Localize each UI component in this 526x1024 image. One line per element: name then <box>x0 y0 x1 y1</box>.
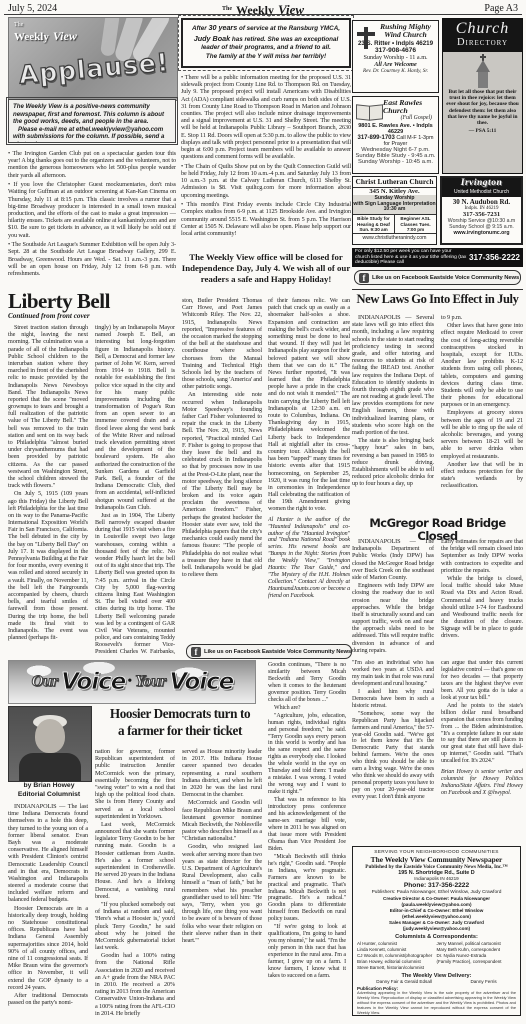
liberty-bell-headline: Liberty Bell <box>8 291 176 312</box>
logo-view: View <box>53 29 77 43</box>
paragraph: Steve Barnett, historian/columnist <box>357 965 437 971</box>
church-address: 30 N. Audubon Rd. <box>442 198 521 206</box>
paragraph: Sales Manager & Co-Owner: Judy Crawford … <box>357 920 516 932</box>
paragraph: "If we're going to look at qualification… <box>268 924 346 980</box>
paragraph: Which are? <box>268 705 346 712</box>
paragraph: Street traction station through the nigh… <box>8 324 88 489</box>
byline-name: by Brian Howey <box>24 782 75 789</box>
paragraph: Other laws that have gone into effect re… <box>441 322 523 408</box>
publication-policy: Publication Policy: Advertising appearin… <box>357 986 516 1015</box>
welcome-line: All Are Welcome <box>355 61 436 68</box>
paragraph: Goodin continues, "There is no similarit… <box>268 662 346 704</box>
church-address: 9801 E. Rawles Ave. • Indpls 46229 <box>355 123 436 135</box>
paragraph: And he points to the state's billion dol… <box>441 703 523 766</box>
hoosier-democrats-headline: Hoosier Democrats turn toa farmer for th… <box>94 706 266 746</box>
open-bible-icon <box>356 105 382 119</box>
church-subtitle: (Full Gospel) <box>383 115 436 121</box>
our-voice-word: Voice <box>61 669 125 695</box>
paragraph: "I'm also an individual who has worked t… <box>352 660 434 688</box>
applause-banner: TheWeekly View Applause! <box>8 17 178 101</box>
newspaper-page: July 5, 2024 The Weekly View Page A3 The… <box>0 0 526 1024</box>
asl-class-cell: Beginner ASL Classes Tues. 7:00 pm <box>394 215 436 233</box>
church-directory-title: Church Directory <box>443 19 522 52</box>
header-rule <box>4 14 522 15</box>
paragraph: • There will be a public information mee… <box>181 74 351 160</box>
paragraph: • The Southside Art League's Summer Exhi… <box>8 241 176 277</box>
paragraph: I asked him why rural Democrats have bee… <box>352 689 434 710</box>
logo-weekly: Weekly <box>14 31 49 43</box>
paragraph: "If you plucked somebody out of Indiana … <box>95 901 175 951</box>
paragraph: Another law that will be in effect reduc… <box>441 461 523 490</box>
ymca-years: 30 years <box>208 23 237 32</box>
publishers-line: Publishers: Paula Nicewanger, Ethel Wins… <box>357 890 516 895</box>
office-phone: Phone: 317-356-2222 <box>357 882 516 889</box>
paragraph: An interesting side note occurred when I… <box>182 391 262 578</box>
new-laws-col-2: to 9 p.m.Other laws that have gone into … <box>441 314 523 514</box>
logo-the: The <box>14 22 77 28</box>
paragraph: While the bridge is closed, local traffi… <box>441 575 523 640</box>
community-announcements: • There will be a public information mee… <box>181 74 351 248</box>
new-laws-headline: New Laws Go Into Effect in July <box>352 289 523 306</box>
paragraph: INDIANAPOLIS — The Indianapolis Departme… <box>352 538 434 581</box>
facebook-banner-label: Like us on Facebook Eastside Voice Commu… <box>204 649 352 655</box>
church-ad-rushing-mighty-wind: Rushing Mighty Wind Church 23 S. Ritter … <box>352 20 439 93</box>
liberty-col-2: tingly) by an Indianapolis Mayor named J… <box>95 324 175 654</box>
paragraph: of their famous relic. We can patch that… <box>268 297 350 513</box>
church-directory-panel: Church Directory But let all those that … <box>442 18 523 174</box>
our-voice-dot: • <box>127 674 132 690</box>
paragraph: • The Irvington Garden Club put on a spe… <box>8 150 176 179</box>
page-number: Page A3 <box>484 3 518 14</box>
paragraph: On July 5, 1915 (109 years ago this Frid… <box>8 490 88 641</box>
service-time: Worship Service @10:30 a.m <box>442 218 521 224</box>
church-website: www.irvingtonumc.org <box>442 230 521 236</box>
hoosier-col-5: "I'm also an individual who has worked t… <box>352 660 434 842</box>
facebook-icon: f <box>191 647 201 657</box>
staff-list: Creative Director & Co-Owner: Paula Nice… <box>357 896 516 932</box>
person-silhouette-icon <box>35 719 65 753</box>
paragraph: "Micah Beckwith still thinks he's right,… <box>268 854 346 924</box>
liberty-col-1: Street traction station through the nigh… <box>8 324 88 654</box>
delivery-right: Danny Ferris <box>470 979 496 984</box>
delivery-left: Danny Fair & Gerald Edsall <box>376 979 432 984</box>
paragraph: Creative Director & Co-Owner: Paula Nice… <box>357 896 516 908</box>
masthead-info-box: SERVING YOUR NEIGHBORHOOD COMMUNITIES Th… <box>352 846 521 1016</box>
paragraph: McCormick and Goodin will face Republica… <box>182 799 262 842</box>
our-voice-banner: Our Voice • Your Voice <box>8 660 256 704</box>
hoosier-col-1: INDIANAPOLIS — The last time Indiana Dem… <box>8 803 88 1018</box>
service-time: Sunday Worship - 10:45 a.m. <box>355 159 436 165</box>
paragraph: Goodin had a 100% rating from the Nation… <box>95 952 175 1017</box>
paragraph: Editor-in-Chief & Co-Owner: Ethel Winslo… <box>357 908 516 920</box>
worship-time: Sunday Worship - 11 a.m. <box>355 54 436 61</box>
hoosier-col-6: can argue that under this current legisl… <box>441 660 523 842</box>
hoosier-col-2: nation for governor, former Republican s… <box>95 748 175 1018</box>
columnists-heading: Columnists & Correspondents: <box>357 934 516 940</box>
facebook-banner: f Like us on Facebook Eastside Voice Com… <box>186 644 352 659</box>
office-closed-notice: The Weekly View office will be closed fo… <box>181 252 351 294</box>
class-schedule: Bible Study for Hearing & Deaf Sun. 9:30… <box>353 214 436 234</box>
continued-note: Continued from front cover <box>8 312 176 320</box>
paragraph: • If you love the Christopher Guest mock… <box>8 181 176 239</box>
liberty-col-3: ston, Butler President Thomas Carr Howe,… <box>182 297 262 642</box>
office-city: Indianapolis IN 46219 <box>357 876 516 881</box>
facebook-banner-label: Like us on Facebook Eastside Voice Commu… <box>372 275 521 281</box>
facebook-icon: f <box>359 273 369 283</box>
byline: by Brian Howey Editorial Columnist <box>8 782 90 800</box>
church-name: East Rawles Church <box>383 99 436 115</box>
church-ad-east-rawles: East Rawles Church (Full Gospel) 9801 E.… <box>352 96 439 174</box>
paragraph: INDIANAPOLIS — The last time Indiana Dem… <box>8 803 88 904</box>
paragraph: Goodin, who resigned last week after ser… <box>182 843 262 944</box>
paragraph: Employees at grocery stores between the … <box>441 409 523 459</box>
paragraph: (Family Practice), correspondent <box>437 959 517 965</box>
paragraph: can argue that under this current legisl… <box>441 660 523 702</box>
paragraph: The state is also bringing back "happy h… <box>352 437 434 487</box>
church-steeple-icon <box>475 54 491 88</box>
liberty-col-4: of their famous relic. We can patch that… <box>268 297 350 642</box>
church-phone: 317-899-1703 Call M-F 1-3pm for Prayer <box>355 135 436 147</box>
al-hunter-bio: Al Hunter is the author of the "Haunted … <box>268 517 350 600</box>
bible-verse: But let all those that put their trust i… <box>443 88 522 128</box>
mcgregor-col-2: Early estimates for repairs are that the… <box>441 538 523 654</box>
applause-title: Applause! <box>10 47 178 90</box>
paragraph: That was in reference to his introductor… <box>268 797 346 853</box>
paragraph: Engineers with Indy DPW are closing the … <box>352 582 434 654</box>
hoosier-col-6-text: can argue that under this current legisl… <box>441 660 523 765</box>
brian-howey-bio: Brian Howey is senior writer and columni… <box>441 769 523 797</box>
masthead-the: The <box>222 6 232 12</box>
paragraph: • This month's First Friday events inclu… <box>181 201 351 237</box>
ymca-text: After <box>192 25 208 32</box>
hoosier-col-4: Goodin continues, "There is no similarit… <box>268 662 346 1018</box>
columnist-photo <box>8 706 92 782</box>
church-ad-christ-lutheran: Christ Lutheran Church 345 N. Kitley Ave… <box>352 176 437 245</box>
person-silhouette-icon <box>19 753 81 781</box>
columnists-left: Al Hunter, columnistLinda Kennett, colum… <box>357 941 437 971</box>
policy-text: Advertising appearing in the Weekly View… <box>357 991 516 1015</box>
paragraph: "Agriculture, jobs, education, human rig… <box>268 713 346 796</box>
ymca-retirement-box: After 30 years of service at the Ransbur… <box>181 18 351 68</box>
church-website: www.christlutheranindy.com <box>353 234 436 241</box>
byline-role: Editorial Columnist <box>18 791 80 798</box>
new-laws-col-1: INDIANAPOLIS — Several state laws will g… <box>352 314 434 514</box>
directory-title-church: Church <box>443 21 522 37</box>
paragraph: Please e-mail me at ethel.weeklyview@yah… <box>13 126 171 143</box>
applause-items: • The Irvington Garden Club put on a spe… <box>8 150 176 288</box>
church-address: 345 N. Kitley Ave. <box>353 188 436 195</box>
paragraph: The Weekly View is a positive-news commu… <box>13 103 171 126</box>
ymca-name: Judy Boak <box>194 34 230 43</box>
ymca-text: of service at the Ransburg YMCA, <box>237 25 340 32</box>
paragraph: to 9 p.m. <box>441 314 523 321</box>
paragraph: nation for governor, former Republican s… <box>95 748 175 820</box>
our-voice-word: Voice <box>169 669 233 695</box>
paragraph: Early estimates for repairs are that the… <box>441 538 523 574</box>
paragraph: INDIANAPOLIS — Several state laws will g… <box>352 314 434 436</box>
paragraph: After traditional Democrats passed on th… <box>8 992 88 1006</box>
bible-study-cell: Bible Study for Hearing & Deaf Sun. 9:30… <box>353 215 394 233</box>
applause-intro-box: The Weekly View is a positive-news commu… <box>8 99 176 143</box>
price-banner-phone: 317-356-2222 <box>469 253 520 262</box>
paragraph: Al Hunter is the author of the "Haunted … <box>268 517 350 600</box>
mcgregor-col-1: INDIANAPOLIS — The Indianapolis Departme… <box>352 538 434 654</box>
church-subtitle: United Methodist Church <box>442 189 521 195</box>
church-listing-price-banner: For only $12.50 per week you can have yo… <box>352 248 523 267</box>
paragraph: Brian Howey is senior writer and columni… <box>441 769 523 797</box>
hoosier-col-3: served as House minority leader in 2017.… <box>182 748 262 1018</box>
bible-verse-reference: — PSA 5:11 <box>443 128 522 134</box>
church-name: Irvington <box>442 179 521 189</box>
paragraph: tingly) by an Indianapolis Mayor named J… <box>95 324 175 511</box>
directory-title-directory: Directory <box>443 37 522 49</box>
newspaper-title: The Weekly View Community Newspaper <box>357 855 516 864</box>
weekly-view-logo: TheWeekly View <box>14 22 77 44</box>
facebook-banner: f Like us on Facebook Eastside Voice Com… <box>354 270 521 285</box>
paragraph: served as House minority leader in 2017.… <box>182 748 262 798</box>
paragraph: Last week, McCormick announced that she … <box>95 821 175 900</box>
service-time: Sunday School @ 9:15 a.m. <box>442 224 521 230</box>
cross-icon <box>357 27 375 49</box>
paragraph: ston, Butler President Thomas Carr Howe,… <box>182 297 262 390</box>
paragraph: Just as in 1904, The Liberty Bell narrow… <box>95 512 175 654</box>
church-ad-irvington-umc: Irvington United Methodist Church 30 N. … <box>440 176 523 245</box>
church-phone: 317-356-7231 <box>442 211 521 218</box>
church-name: Christ Lutheran Church <box>353 177 436 188</box>
church-name: Rushing Mighty Wind Church <box>375 23 436 39</box>
ymca-text: The family at the Y will miss her terrib… <box>206 53 326 60</box>
columnists-list: Al Hunter, columnistLinda Kennett, colum… <box>357 941 516 971</box>
pastor-name: Rev. Dr. Courtney K. Hardy, Sr. <box>355 68 436 74</box>
our-voice-word: Our <box>32 673 59 691</box>
delivery-names: Danny Fair & Gerald Edsall Danny Ferris <box>357 979 516 984</box>
paragraph: • The Chain of Quilts Show put on by the… <box>181 163 351 199</box>
columnists-right: Jerry Mannel, political cartoonistMary B… <box>437 941 517 971</box>
price-banner-text: For only $12.50 per week you can have yo… <box>355 249 467 267</box>
liberty-col-4-text: of their famous relic. We can patch that… <box>268 297 350 513</box>
paragraph: Hoosier Democrats are in a historically … <box>8 905 88 991</box>
paragraph: "Somehow, some way the Republican Party … <box>352 711 434 801</box>
our-voice-word: Your <box>135 673 166 691</box>
worship-info: Sunday Worship with Sign Language Interp… <box>353 195 436 215</box>
irvington-header: Irvington United Methodist Church <box>442 178 521 197</box>
